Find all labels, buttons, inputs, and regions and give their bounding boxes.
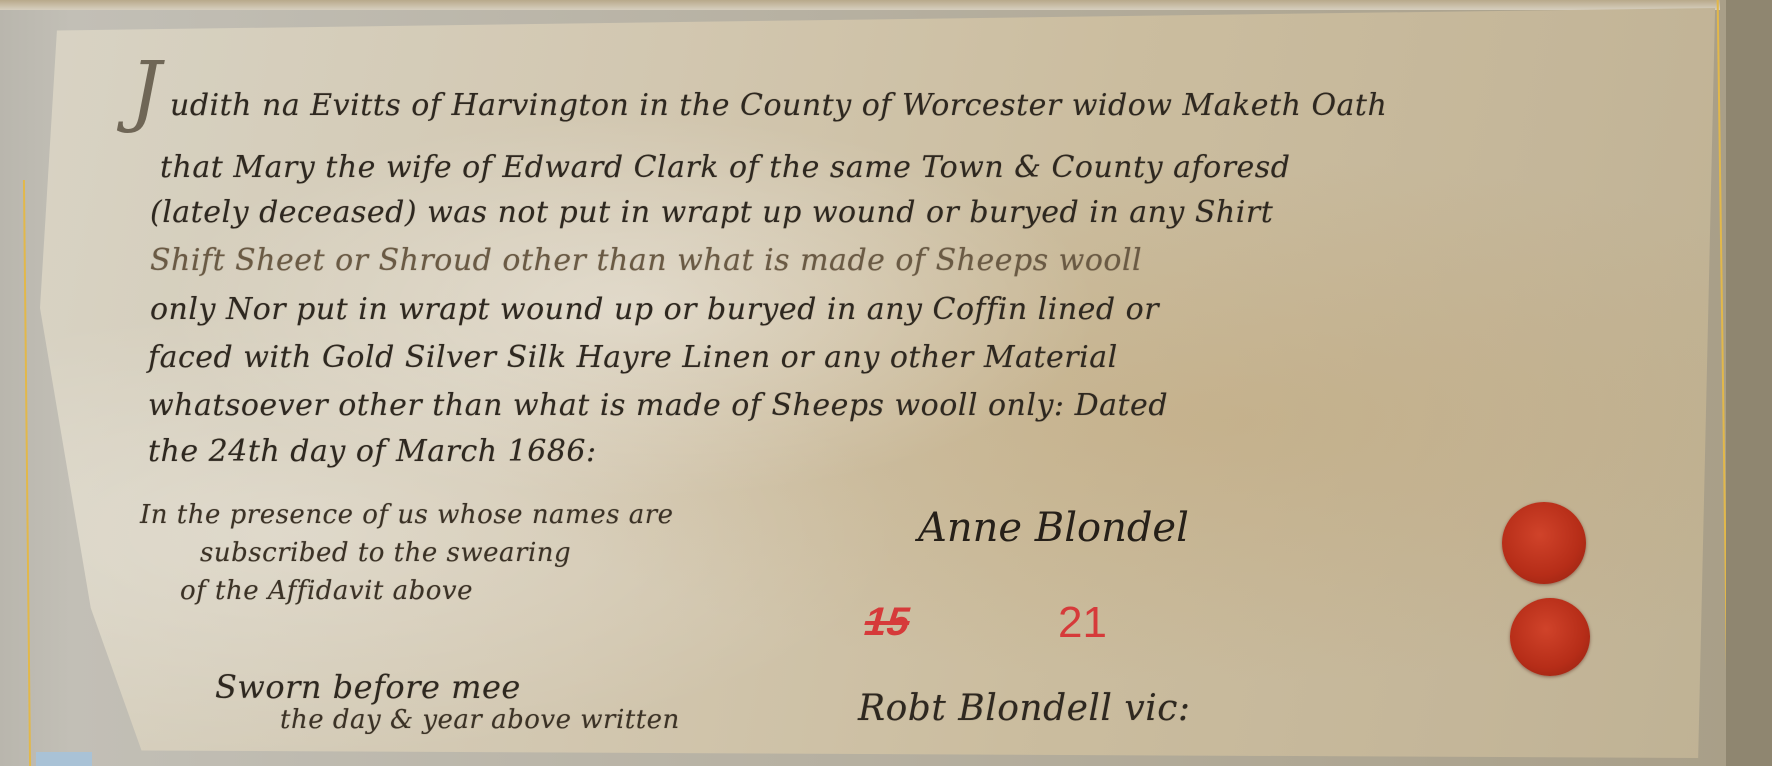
affidavit-line-1: udith na Evitts of Harvington in the Cou…	[170, 88, 1387, 123]
wax-seal-lower	[1510, 598, 1590, 676]
top-fold-edge	[0, 0, 1720, 10]
sworn-date-line: the day & year above written	[280, 705, 680, 735]
affidavit-line-2: that Mary the wife of Edward Clark of th…	[160, 150, 1290, 185]
background-strip	[1726, 0, 1772, 766]
witness-note-line-2: subscribed to the swearing	[200, 538, 571, 568]
affidavit-line-7: whatsoever other than what is made of Sh…	[148, 388, 1168, 423]
wax-seal-upper	[1502, 502, 1586, 584]
affidavit-line-4: Shift Sheet or Shroud other than what is…	[150, 243, 1142, 278]
blue-tab	[36, 752, 92, 766]
affidavit-line-6: faced with Gold Silver Silk Hayre Linen …	[148, 340, 1118, 375]
frame-edge-left	[23, 180, 31, 766]
affidavit-line-5: only Nor put in wrapt wound up or buryed…	[150, 292, 1159, 327]
archive-number: 21	[1058, 598, 1107, 648]
signature-anne-blondel: Anne Blondel	[918, 505, 1189, 551]
sworn-before-line: Sworn before mee	[215, 668, 521, 706]
sheriff-signature: Robt Blondell vic:	[858, 688, 1191, 729]
witness-note-line-1: In the presence of us whose names are	[140, 500, 674, 530]
affidavit-line-3: (lately deceased) was not put in wrapt u…	[150, 195, 1273, 230]
decorated-initial: J	[130, 46, 161, 136]
affidavit-date-line: the 24th day of March 1686:	[148, 434, 597, 469]
witness-note-line-3: of the Affidavit above	[180, 576, 473, 606]
photo-stage: J udith na Evitts of Harvington in the C…	[0, 0, 1772, 766]
